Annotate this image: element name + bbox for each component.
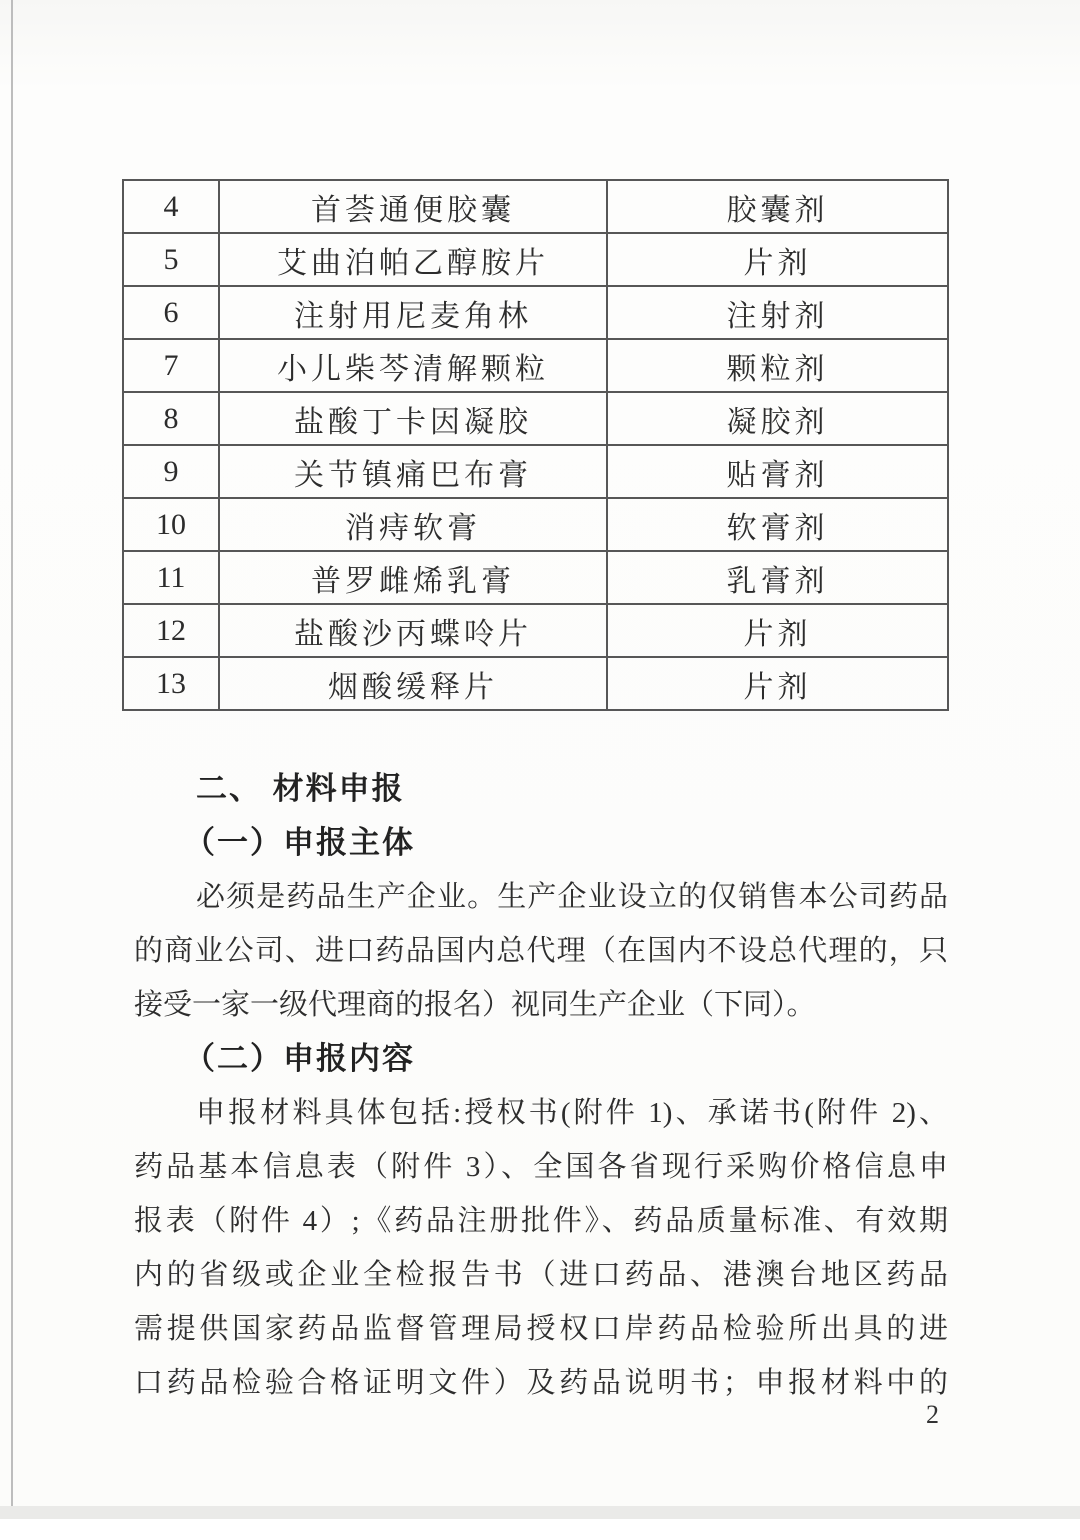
table-row: 4 首荟通便胶囊 胶囊剂 [123,180,948,233]
row-number-cell: 11 [123,551,219,604]
drug-name-cell: 普罗雌烯乳膏 [219,551,607,604]
row-number-cell: 4 [123,180,219,233]
dosage-form-cell: 片剂 [607,657,948,710]
paragraph1-line: 接受一家一级代理商的报名）视同生产企业（下同）。 [134,978,948,1032]
row-number-cell: 13 [123,657,219,710]
document-page: 4 首荟通便胶囊 胶囊剂 5 艾曲泊帕乙醇胺片 片剂 6 注射用尼麦角林 注射剂… [0,0,1080,1540]
row-number-cell: 10 [123,498,219,551]
drug-name-cell: 关节镇痛巴布膏 [219,445,607,498]
dosage-form-cell: 胶囊剂 [607,180,948,233]
scan-bottom-white [0,1519,1080,1540]
subsection-heading-declaration-content: （二）申报内容 [134,1032,948,1086]
scan-edge-line [11,0,13,1516]
table-row: 6 注射用尼麦角林 注射剂 [123,286,948,339]
paragraph1-line: 必须是药品生产企业。生产企业设立的仅销售本公司药品 [134,870,948,924]
drug-name-cell: 小儿柴芩清解颗粒 [219,339,607,392]
table-row: 10 消痔软膏 软膏剂 [123,498,948,551]
paragraph2-line: 需提供国家药品监督管理局授权口岸药品检验所出具的进 [134,1302,948,1356]
table-row: 9 关节镇痛巴布膏 贴膏剂 [123,445,948,498]
table-row: 12 盐酸沙丙蝶呤片 片剂 [123,604,948,657]
paragraph2-line: 药品基本信息表（附件 3）、全国各省现行采购价格信息申 [134,1140,948,1194]
dosage-form-cell: 片剂 [607,604,948,657]
dosage-form-cell: 注射剂 [607,286,948,339]
dosage-form-cell: 软膏剂 [607,498,948,551]
drug-name-cell: 艾曲泊帕乙醇胺片 [219,233,607,286]
table-row: 7 小儿柴芩清解颗粒 颗粒剂 [123,339,948,392]
scan-bottom-strip [0,1506,1080,1519]
dosage-form-cell: 凝胶剂 [607,392,948,445]
table-row: 8 盐酸丁卡因凝胶 凝胶剂 [123,392,948,445]
table-row: 11 普罗雌烯乳膏 乳膏剂 [123,551,948,604]
drug-table: 4 首荟通便胶囊 胶囊剂 5 艾曲泊帕乙醇胺片 片剂 6 注射用尼麦角林 注射剂… [122,179,949,711]
table-row: 5 艾曲泊帕乙醇胺片 片剂 [123,233,948,286]
drug-name-cell: 首荟通便胶囊 [219,180,607,233]
paragraph2-line: 申报材料具体包括:授权书(附件 1)、承诺书(附件 2)、 [134,1086,948,1140]
row-number-cell: 5 [123,233,219,286]
dosage-form-cell: 乳膏剂 [607,551,948,604]
dosage-form-cell: 颗粒剂 [607,339,948,392]
subsection-heading-declaring-entity: （一）申报主体 [134,816,948,870]
paragraph2-line: 口药品检验合格证明文件）及药品说明书；申报材料中的 [134,1356,948,1410]
row-number-cell: 7 [123,339,219,392]
body-text: 二、 材料申报 （一）申报主体 必须是药品生产企业。生产企业设立的仅销售本公司药… [134,762,948,1410]
drug-name-cell: 烟酸缓释片 [219,657,607,710]
dosage-form-cell: 片剂 [607,233,948,286]
page-number: 2 [926,1400,939,1430]
drug-name-cell: 消痔软膏 [219,498,607,551]
section-heading-material-declaration: 二、 材料申报 [134,762,948,816]
paragraph2-line: 报表（附件 4）;《药品注册批件》、药品质量标准、有效期 [134,1194,948,1248]
row-number-cell: 12 [123,604,219,657]
row-number-cell: 8 [123,392,219,445]
table-row: 13 烟酸缓释片 片剂 [123,657,948,710]
drug-name-cell: 盐酸沙丙蝶呤片 [219,604,607,657]
dosage-form-cell: 贴膏剂 [607,445,948,498]
paragraph1-line: 的商业公司、进口药品国内总代理（在国内不设总代理的，只 [134,924,948,978]
drug-name-cell: 注射用尼麦角林 [219,286,607,339]
row-number-cell: 9 [123,445,219,498]
drug-name-cell: 盐酸丁卡因凝胶 [219,392,607,445]
paragraph2-line: 内的省级或企业全检报告书（进口药品、港澳台地区药品 [134,1248,948,1302]
row-number-cell: 6 [123,286,219,339]
